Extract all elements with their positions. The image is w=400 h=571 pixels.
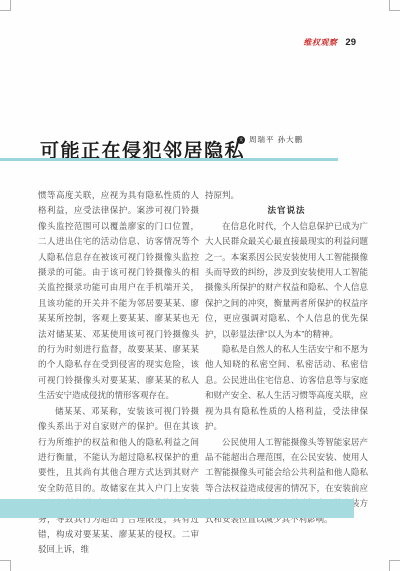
magazine-page: 维权观察 29 可能正在侵犯邻居隐私 文 周瑞平 孙大鹏 惯等高度关联，应视为具… (0, 0, 400, 571)
title-underline-rule (0, 158, 338, 161)
text-column-right: 持原判。 法官说法 在信息化时代，个人信息保护已成为广大人民群众最关心最直接最现… (205, 188, 368, 527)
body-paragraph: 惯等高度关联，应视为具有隐私性质的人格利益，应受法律保护。案涉可视门铃摄像头监控… (38, 188, 199, 404)
column-label: 维权观察 (303, 37, 337, 48)
crop-mark-top-right (389, 0, 400, 11)
crop-mark-top-left (0, 0, 11, 11)
page-number: 29 (345, 37, 356, 48)
section-subhead: 法官说法 (205, 203, 368, 218)
footer-accent-bar (0, 499, 354, 518)
crop-mark-bottom-left (0, 560, 11, 571)
writer-badge-icon: 文 (237, 136, 245, 144)
body-paragraph: 隐私是自然人的私人生活安宁和不愿为他人知晓的私密空间、私密活动、私密信息。公民进… (205, 342, 368, 434)
body-paragraph: 储某某、邓某称，安装该可视门铃摄像头系出于对自家财产的保护。但在其该行为所维护的… (38, 404, 199, 558)
masthead: 维权观察 29 (303, 37, 356, 48)
body-paragraph: 在信息化时代，个人信息保护已成为广大人民群众最关心最直接最现实的利益问题之一。本… (205, 219, 368, 342)
byline: 文 周瑞平 孙大鹏 (237, 134, 303, 145)
body-paragraph: 持原判。 (205, 188, 368, 203)
crop-mark-bottom-right (389, 560, 400, 571)
author-names: 周瑞平 孙大鹏 (249, 134, 303, 145)
